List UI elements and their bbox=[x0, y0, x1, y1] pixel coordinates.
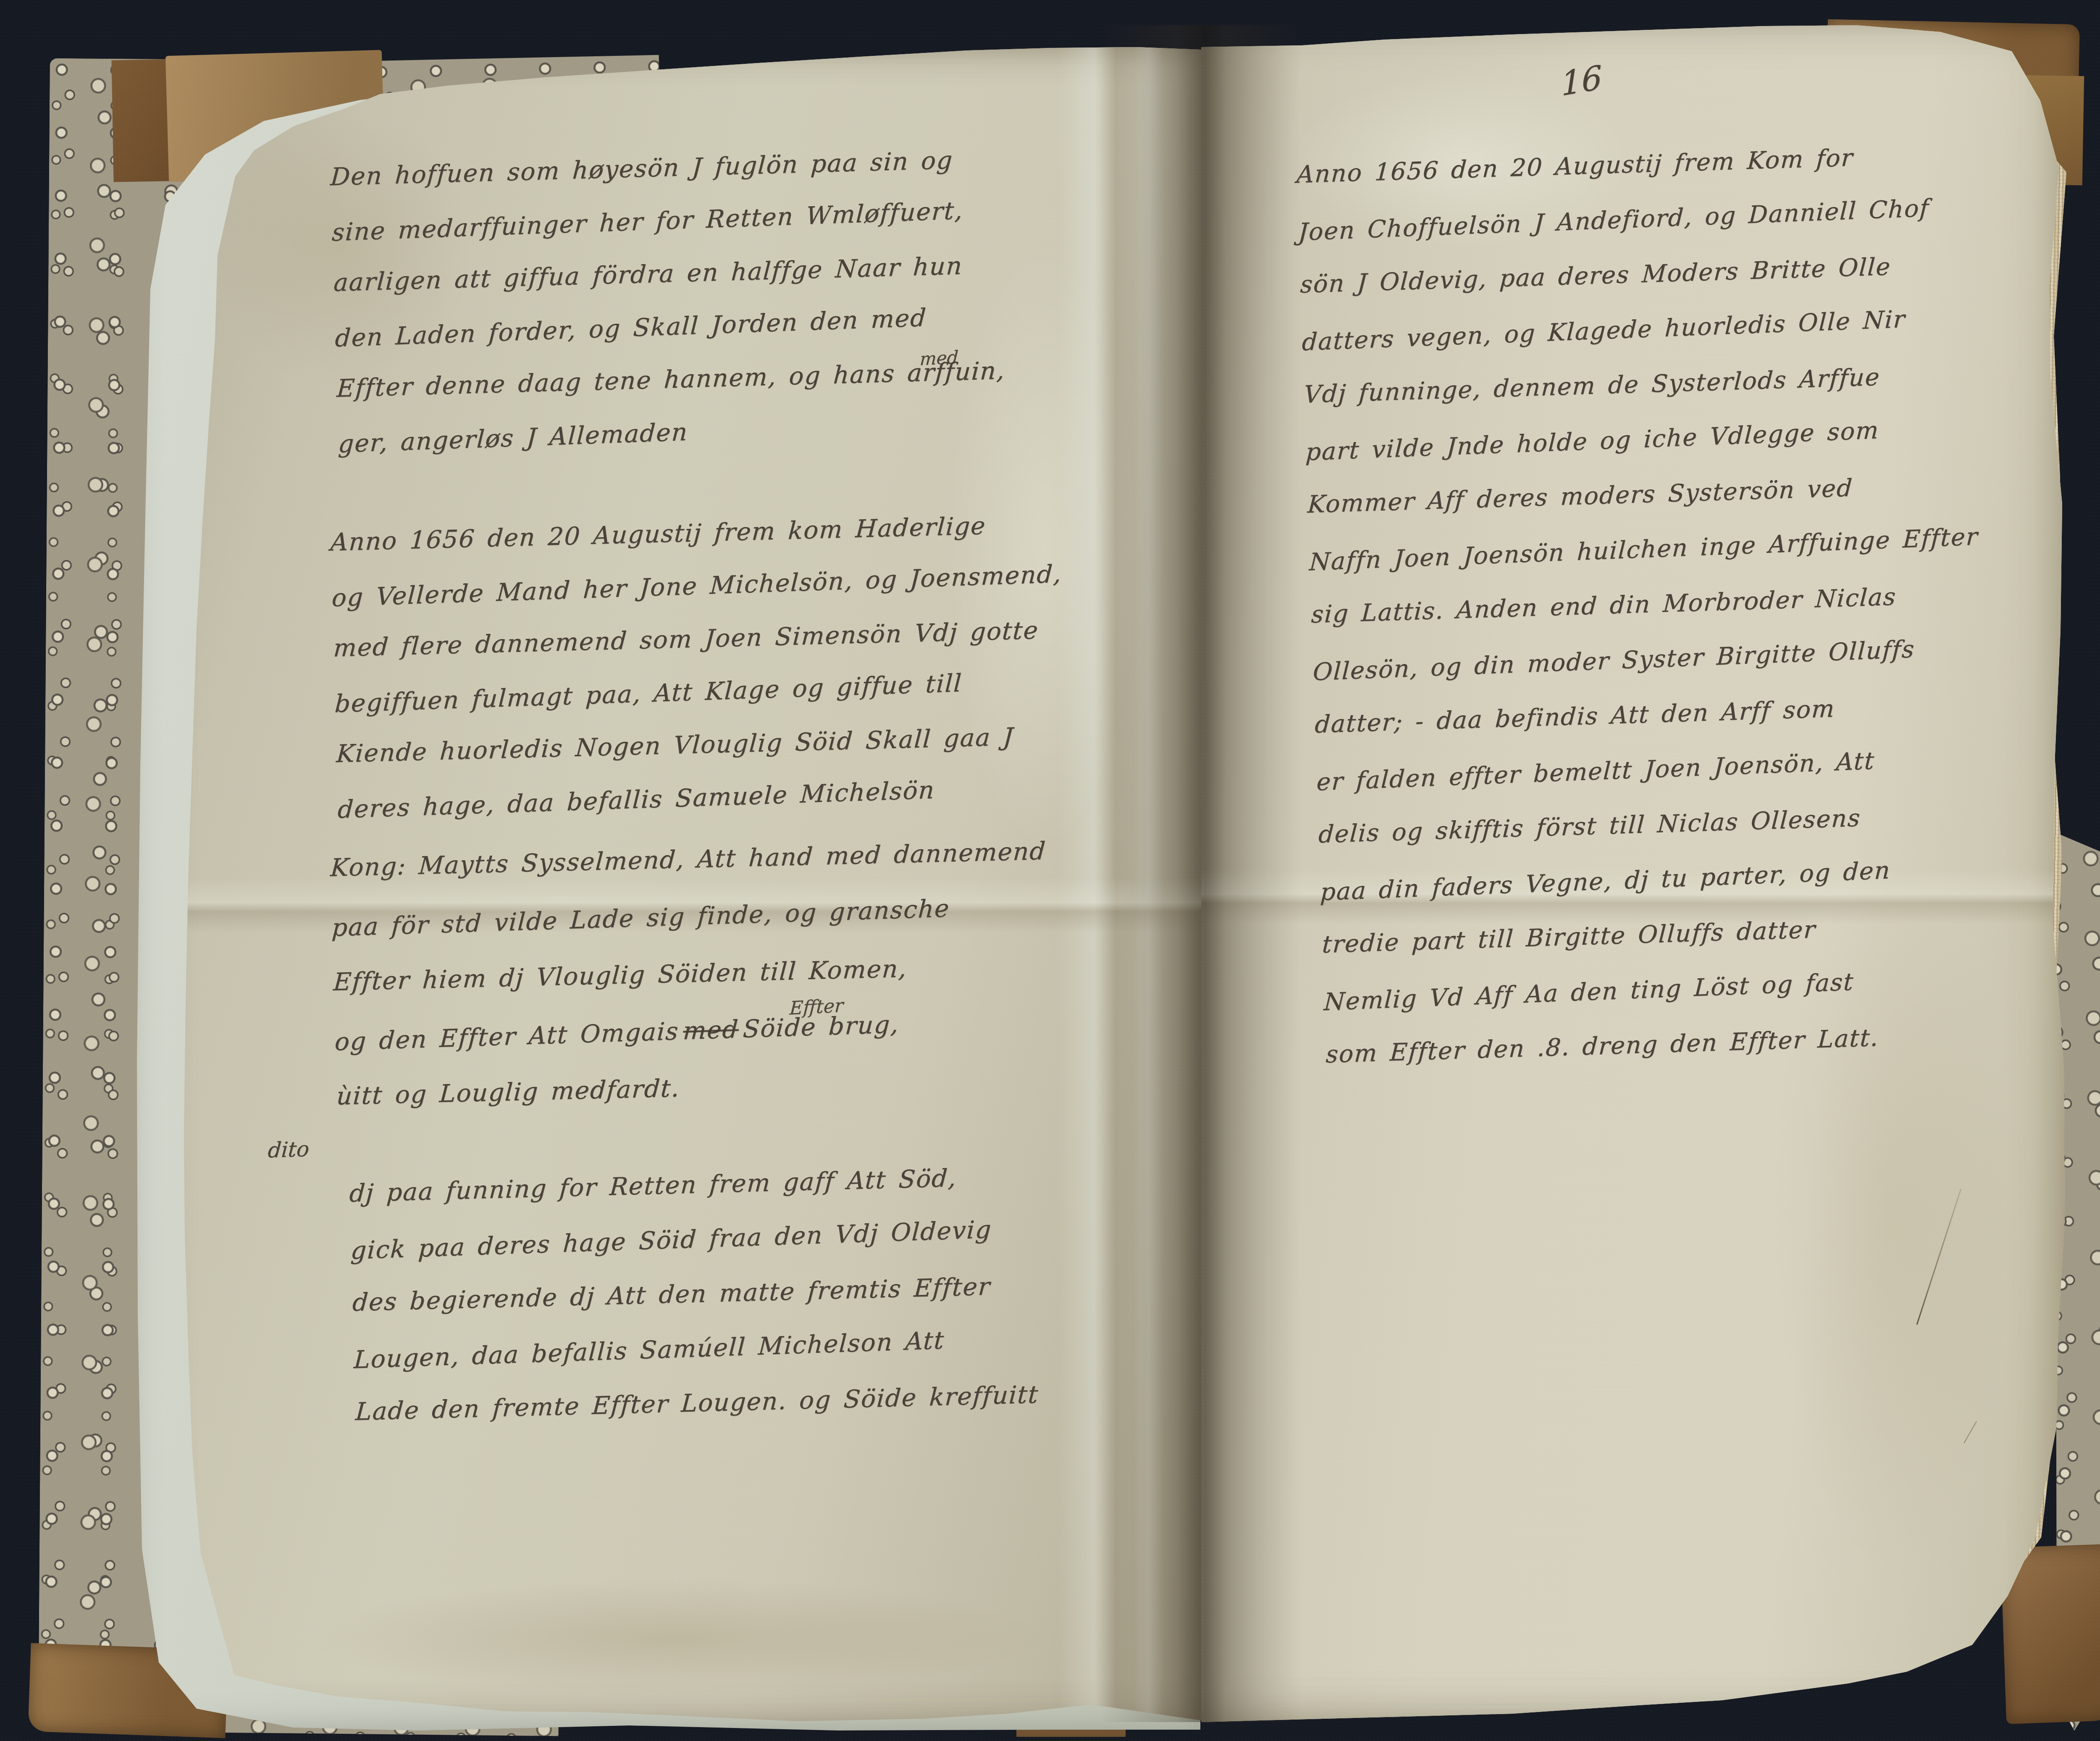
left-page: Den hoffuen som høyesön J fuglön paa sin… bbox=[151, 46, 1201, 1722]
ink-scratch bbox=[1916, 1189, 1962, 1325]
struck-out-word: med bbox=[682, 1015, 740, 1045]
line-prefix: og den Effter Att Omgais bbox=[334, 1017, 680, 1056]
paragraph-4: dj paa funning for Retten frem gaff Att … bbox=[349, 1148, 1039, 1440]
manuscript-book-photo: Den hoffuen som høyesön J fuglön paa sin… bbox=[0, 0, 2100, 1741]
right-page-entry: Anno 1656 den 20 Augustij frem Kom for J… bbox=[1296, 126, 1995, 1083]
vertical-crease bbox=[1058, 46, 1138, 1722]
ink-scratch bbox=[1963, 1421, 1977, 1444]
margin-note-dito: dito bbox=[267, 1137, 310, 1163]
paragraph-2: Anno 1656 den 20 Augustij frem kom Hader… bbox=[330, 496, 1068, 834]
interlinear-insertion: med bbox=[919, 347, 959, 370]
page-number: 16 bbox=[1560, 58, 1603, 104]
interlinear-insertion: Effter bbox=[789, 995, 844, 1019]
right-page: 16 Anno 1656 den 20 Augustij frem Kom fo… bbox=[1201, 25, 2066, 1722]
vertical-crease bbox=[1134, 46, 1163, 1722]
paragraph-3: Kong: Maytts Sysselmend, Att hand med da… bbox=[330, 821, 1053, 1125]
paragraph-1: Den hoffuen som høyesön J fuglön paa sin… bbox=[330, 131, 1008, 469]
